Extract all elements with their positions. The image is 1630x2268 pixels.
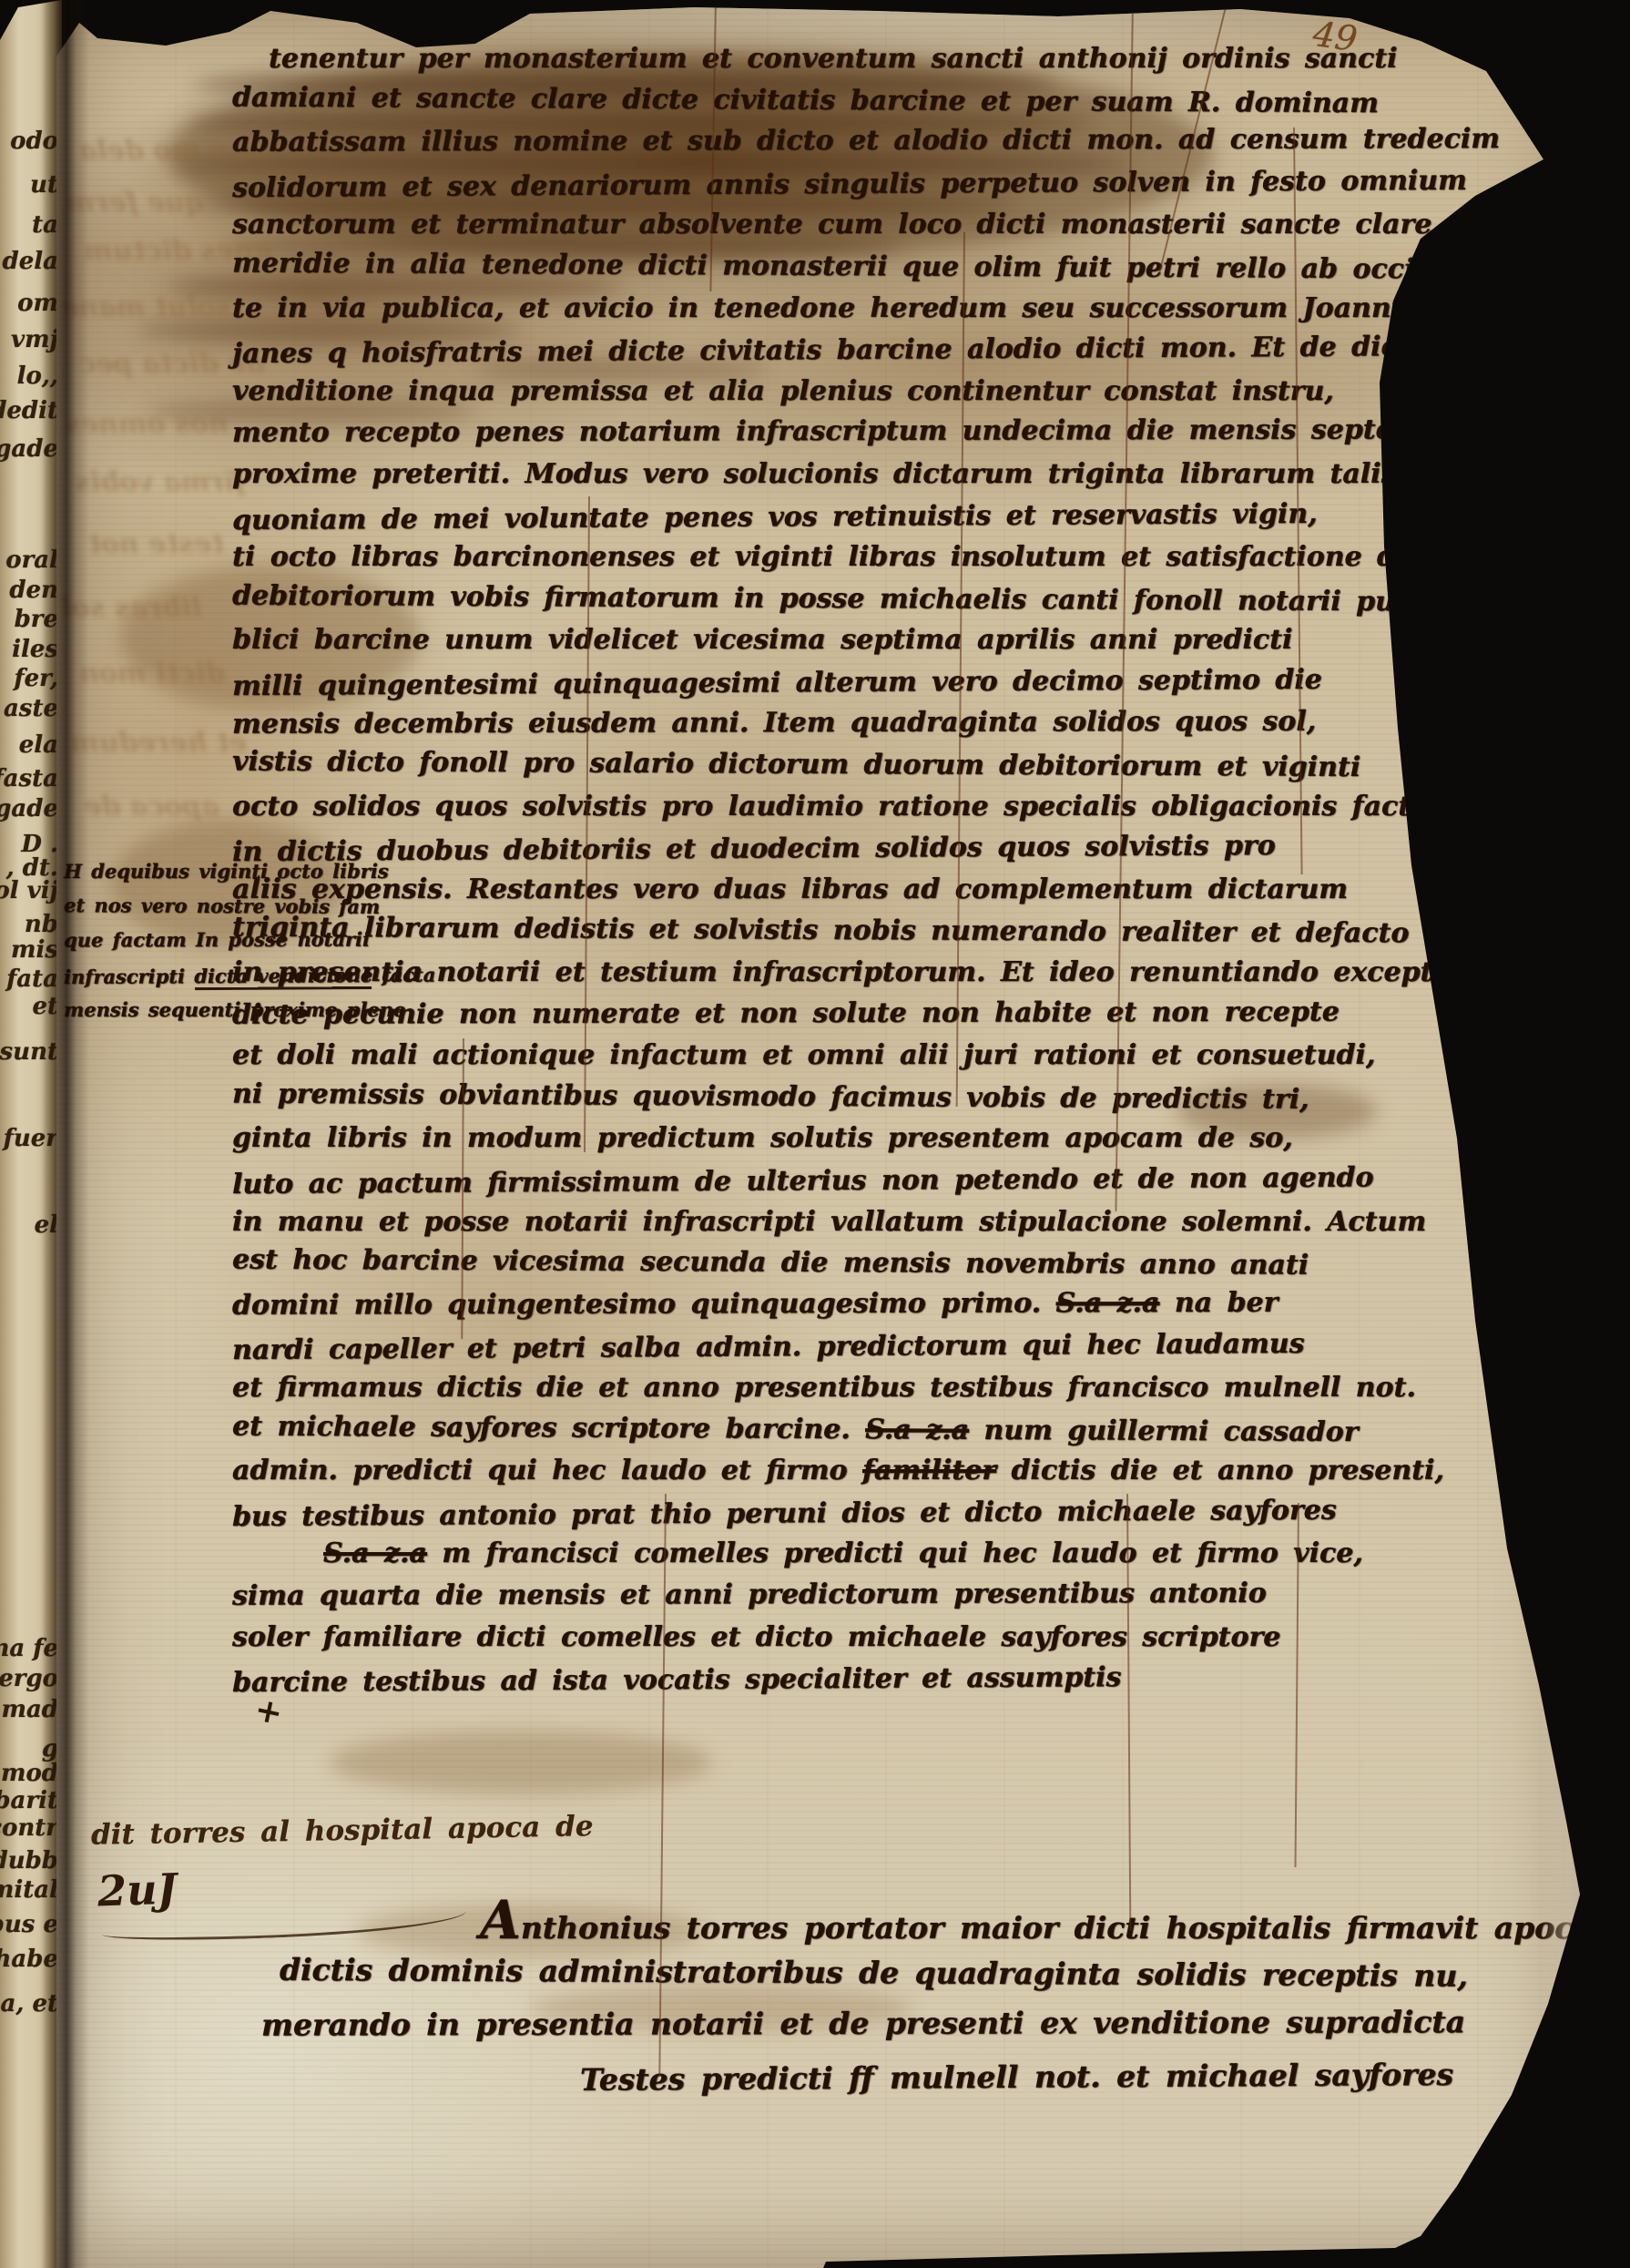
manuscript-line: et doli mali actionique infactum et omni… (232, 1035, 1443, 1077)
prev-page-fragment: n mod (0, 1760, 58, 1787)
manuscript-line: milli quingentesimi quinquagesimi alteru… (232, 659, 1443, 708)
manuscript-line: infrascripti dicta vendicione facta (64, 958, 378, 995)
prev-page-fragment: fer, (14, 665, 58, 692)
manuscript-line: H dequibus viginti octo libris (64, 854, 378, 889)
manuscript-line: in dictis duobus debitoriis et duodecim … (232, 824, 1443, 873)
manuscript-line: octo solidos quos solvistis pro laudimio… (232, 786, 1443, 828)
manuscript-scan: odouttadelaomvmjlo,,deditgadeorala denbr… (0, 0, 1630, 2268)
prev-page-fragment: om (17, 290, 58, 317)
bleedthrough-text: dicti mon (79, 658, 225, 690)
manuscript-line: damiani et sancte clare dicte civitatis … (232, 77, 1443, 125)
manuscript-line: proxime preteriti. Modus vero solucionis… (232, 454, 1443, 495)
prev-page-fragment: ergo (0, 1665, 58, 1692)
prev-page-fragment: aste (4, 695, 58, 722)
prev-page-fragment: gade (0, 435, 58, 463)
prev-page-fragment: sunt (0, 1038, 58, 1066)
prev-page-fragment: mad (1, 1696, 58, 1723)
stain-smear (330, 1731, 712, 1794)
manuscript-line: sima quarta die mensis et anni predictor… (232, 1572, 1443, 1617)
prev-page-fragment: oral (5, 547, 58, 574)
manuscript-line: ti octo libras barcinonenses et viginti … (232, 536, 1443, 578)
margin-note: H dequibus viginti octo libriset nos ver… (64, 854, 378, 1027)
bleedthrough-text: solut mane (61, 291, 231, 323)
prev-page-fragment: lo,, (17, 363, 58, 390)
manuscript-line: quoniam de mei voluntate penes vos retin… (232, 492, 1443, 541)
bleedthrough-text: libras sol (61, 592, 202, 624)
manuscript-line: ni premissis obviantibus quovismodo faci… (232, 1073, 1443, 1121)
prev-page-fragment: g (42, 1735, 58, 1762)
manuscript-line: soler familiare dicti comelles et dicto … (232, 1617, 1443, 1659)
prev-page-fragment: fasta (0, 765, 58, 792)
manuscript-line: ginta libris in modum predictum solutis … (232, 1118, 1443, 1160)
manuscript-line: merando in presentia notarii et de prese… (261, 1996, 1391, 2050)
bleedthrough-text: apoca de (84, 791, 219, 822)
manuscript-line: meridie in alia tenedone dicti monasteri… (232, 242, 1443, 291)
manuscript-line: solidorum et sex denariorum annis singul… (232, 160, 1443, 209)
prev-page-fragment: dedit (0, 397, 58, 424)
manuscript-line: barcine testibus ad ista vocatis special… (232, 1655, 1443, 1704)
manuscript-line: mensis decembris eiusdem anni. Item quad… (232, 700, 1443, 745)
manuscript-line: S.a z.a m francisci comelles predicti qu… (323, 1533, 1443, 1575)
manuscript-line: mento recepto penes notarium infrascript… (232, 410, 1443, 455)
bleedthrough-text: que ferm (66, 187, 204, 219)
manuscript-line: venditione inqua premissa et alia pleniu… (232, 371, 1443, 413)
prev-page-fragment: fuer (4, 1125, 58, 1152)
manuscript-line: vistis dicto fonoll pro salario dictorum… (232, 741, 1443, 790)
prev-page-fragment: nb (25, 911, 58, 938)
manuscript-line: et firmamus dictis die et anno presentib… (232, 1367, 1443, 1409)
manuscript-line: abbatissam illius nomine et sub dicto et… (232, 118, 1443, 163)
prev-page-fragment: ona fe (0, 1635, 58, 1662)
manuscript-line: tenentur per monasterium et conventum sa… (269, 38, 1443, 80)
manuscript-line: triginta librarum dedistis et solvistis … (232, 907, 1443, 955)
prev-page-fragment: dela (3, 248, 58, 275)
manuscript-line: Testes predicti ff mulnell not. et micha… (580, 2048, 1391, 2105)
manuscript-line: nardi capeller et petri salba admin. pre… (232, 1323, 1443, 1372)
bleedthrough-text: nos omnes (66, 408, 229, 440)
manuscript-line: Anthonius torres portator maior dicti ho… (480, 1895, 1391, 1946)
manuscript-line: domini millo quingentesimo quinquagesimo… (232, 1282, 1443, 1326)
manuscript-line: luto ac pactum firmissimum de ulterius n… (232, 1157, 1443, 1206)
prev-page-fragment: s dubb (0, 1847, 58, 1875)
manuscript-line: dictis dominis administratoribus de quad… (280, 1944, 1391, 2001)
prev-page-fragment: et (32, 993, 58, 1020)
amount-mark: 2uJ (97, 1864, 178, 1916)
manuscript-line: blici barcine unum videlicet vicesima se… (232, 619, 1443, 661)
manuscript-line: in manu et posse notarii infrascripti va… (232, 1201, 1443, 1243)
manuscript-line: te in via publica, et avicio in tenedone… (232, 288, 1443, 330)
prev-page-fragment: ol vij (0, 877, 58, 904)
main-text-block: tenentur per monasterium et conventum sa… (232, 38, 1443, 1700)
prev-page-fragment: fata (6, 965, 58, 993)
prev-page-fragment: ta (32, 211, 58, 239)
manuscript-line: mensis sequenti proxime plene (64, 993, 378, 1027)
manuscript-line: est hoc barcine vicesima secunda die men… (232, 1240, 1443, 1288)
bottom-entry-heading: dit torres al hospital apoca de (91, 1810, 594, 1852)
prev-page-fragment: omital (0, 1876, 58, 1904)
prev-page-fragment: ela (19, 731, 58, 759)
prev-page-fragment: odo (10, 128, 58, 155)
prev-page-fragment: contr (0, 1814, 58, 1842)
manuscript-line: sanctorum et terminatur absolvente cum l… (232, 204, 1443, 246)
prev-page-fragment: el (35, 1211, 58, 1239)
bleedthrough-text: et heredum (70, 727, 247, 759)
manuscript-line: bus testibus antonio prat thio peruni di… (232, 1489, 1443, 1538)
prev-page-fragment: habe (0, 1946, 58, 1973)
manuscript-line: et nos vero nostre vobis fam (64, 888, 378, 925)
manuscript-line: et michaele sayfores scriptore barcine. … (232, 1405, 1443, 1454)
manuscript-line: admin. predicti qui hec laudo et firmo f… (232, 1450, 1443, 1492)
prev-page-fragment: gade (0, 795, 58, 822)
manuscript-line: que factam In posse notarii (64, 923, 378, 958)
prev-page-fragment: iles (12, 636, 58, 663)
prev-page-fragment: mis (11, 936, 58, 964)
prev-page-fragment: e barit (0, 1787, 58, 1814)
manuscript-line: aliis expensis. Restantes vero duas libr… (232, 869, 1443, 911)
bottom-entry-paragraph: Anthonius torres portator maior dicti ho… (261, 1895, 1391, 2102)
prev-page-fragment: arda, et (0, 1990, 58, 2018)
previous-page-edge: odouttadelaomvmjlo,,deditgadeorala denbr… (0, 0, 62, 2268)
bleedthrough-text: firma vobis (75, 466, 244, 498)
prev-page-fragment: ut (30, 171, 58, 199)
manuscript-page: sup mo delaque fermanes dictumsolut mane… (56, 0, 1583, 2268)
manuscript-line: debitoriorum vobis firmatorum in posse m… (232, 575, 1443, 623)
prev-page-fragment: vmj (11, 326, 58, 353)
prev-page-fragment: ibus e (0, 1911, 58, 1938)
manuscript-line: janes q hoisfratris mei dicte civitatis … (232, 326, 1443, 375)
manuscript-line: dicte pecunie non numerate et non solute… (232, 991, 1443, 1036)
prev-page-fragment: bre (15, 606, 58, 633)
bleedthrough-text: teste not (88, 528, 224, 560)
prev-page-fragment: a den (0, 577, 58, 604)
